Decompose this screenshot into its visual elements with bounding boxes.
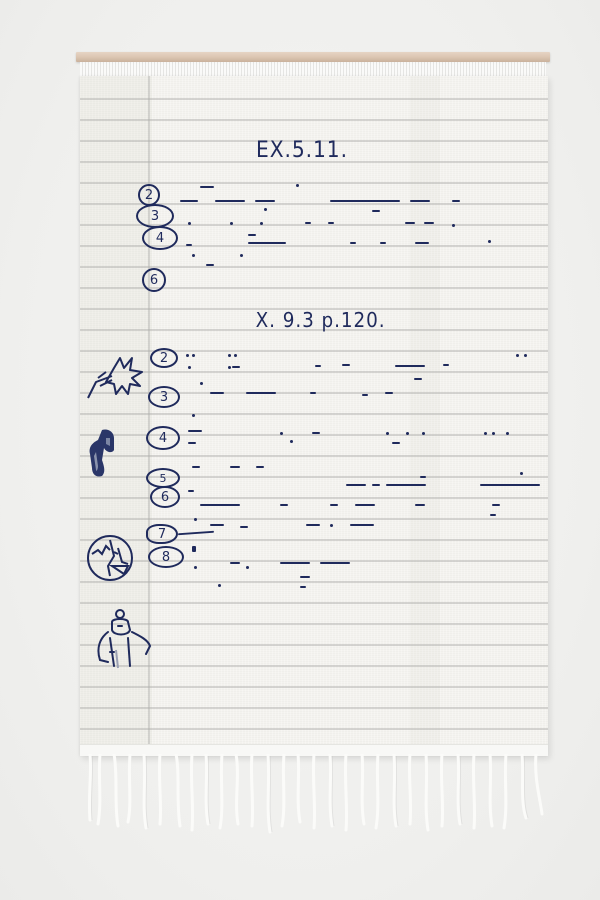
abstract-text-mark	[320, 562, 350, 564]
abstract-text-mark	[246, 392, 276, 394]
exercise-number: 7	[158, 527, 166, 542]
abstract-text-mark	[330, 524, 333, 527]
abstract-text-mark	[524, 354, 527, 357]
abstract-text-mark	[484, 432, 487, 435]
abstract-text-mark	[188, 430, 202, 432]
abstract-text-mark	[210, 392, 224, 394]
abstract-text-mark	[300, 576, 310, 578]
abstract-text-mark	[372, 484, 380, 486]
abstract-text-mark	[385, 392, 393, 394]
abstract-text-mark	[296, 184, 299, 187]
abstract-text-mark	[192, 546, 196, 552]
abstract-text-mark	[186, 354, 189, 357]
exercise-number-circle: 5	[146, 468, 180, 488]
abstract-text-mark	[488, 240, 491, 243]
abstract-text-mark	[310, 392, 316, 394]
abstract-text-mark	[386, 484, 426, 486]
abstract-text-mark	[246, 566, 249, 569]
abstract-text-mark	[420, 476, 426, 478]
ruled-line	[80, 686, 548, 688]
abstract-text-mark	[480, 484, 540, 486]
abstract-text-mark	[230, 562, 240, 564]
abstract-text-mark	[346, 484, 366, 486]
abstract-text-mark	[192, 466, 200, 468]
exercise-number-circle: 2	[138, 184, 160, 206]
exercise-number: 6	[150, 273, 158, 288]
exercise-number-circle: 7	[146, 524, 178, 544]
blue-boot-doodle	[84, 424, 120, 480]
abstract-text-mark	[264, 208, 267, 211]
cartoon-face-doodle	[84, 532, 136, 584]
abstract-text-mark	[342, 364, 350, 366]
fabric-shade-band	[410, 76, 440, 756]
exercise-number-circle: 8	[148, 546, 184, 568]
abstract-text-mark	[188, 366, 191, 369]
abstract-text-mark	[300, 586, 306, 588]
abstract-text-mark	[215, 200, 245, 202]
abstract-text-mark	[188, 490, 194, 492]
exercise-number-circle: 6	[150, 486, 180, 508]
abstract-text-mark	[392, 442, 400, 444]
abstract-text-mark	[406, 432, 409, 435]
exercise-number: 3	[160, 390, 168, 405]
abstract-text-mark	[330, 504, 338, 506]
abstract-text-mark	[228, 366, 231, 369]
woven-notebook-page: EX.5.11. 2 3 4 6 X. 9.3 p.120. 2 3 4 5 6…	[80, 76, 548, 756]
ruled-line	[80, 728, 548, 730]
exercise-number: 8	[162, 550, 170, 565]
exercise-number: 2	[145, 188, 153, 203]
abstract-text-mark	[414, 378, 422, 380]
abstract-text-mark	[350, 524, 374, 526]
abstract-text-mark	[452, 200, 460, 202]
heading-exercise-9-3-page-120: X. 9.3 p.120.	[256, 308, 386, 332]
exercise-number: 5	[160, 472, 167, 485]
abstract-text-mark	[312, 432, 320, 434]
abstract-text-mark	[230, 222, 233, 225]
exercise-number-circle: 3	[136, 204, 174, 228]
abstract-text-mark	[188, 442, 196, 444]
abstract-text-mark	[315, 365, 321, 367]
abstract-text-mark	[200, 504, 240, 506]
abstract-text-mark	[305, 222, 311, 224]
wooden-hanging-dowel	[76, 52, 550, 62]
abstract-text-mark	[350, 242, 356, 244]
abstract-text-mark	[248, 242, 286, 244]
ruled-line	[80, 119, 548, 121]
abstract-text-mark	[330, 200, 400, 202]
abstract-text-mark	[248, 234, 256, 236]
ruled-line	[80, 98, 548, 100]
spiky-sun-figure-doodle	[84, 354, 154, 410]
abstract-text-mark	[415, 504, 425, 506]
abstract-text-mark	[200, 382, 203, 385]
ruled-line	[80, 602, 548, 604]
abstract-text-mark	[405, 222, 415, 224]
abstract-text-mark	[230, 466, 240, 468]
ruled-line	[80, 707, 548, 709]
abstract-text-mark	[395, 365, 425, 367]
bottom-fringe	[84, 754, 546, 834]
abstract-text-mark	[280, 562, 310, 564]
heading-exercise-5-11: EX.5.11.	[256, 138, 348, 163]
exercise-number: 3	[151, 209, 159, 224]
abstract-text-mark	[260, 222, 263, 225]
abstract-text-mark	[290, 440, 293, 443]
abstract-text-mark	[516, 354, 519, 357]
abstract-text-mark	[188, 222, 191, 225]
abstract-text-mark	[506, 432, 509, 435]
ruled-line	[80, 455, 548, 457]
ruled-line	[80, 350, 548, 352]
abstract-text-mark	[228, 354, 231, 357]
exercise-number: 2	[160, 351, 168, 366]
abstract-text-mark	[328, 222, 334, 224]
abstract-text-mark	[194, 566, 197, 569]
exercise-number-circle: 2	[150, 348, 178, 368]
abstract-text-mark	[520, 472, 523, 475]
abstract-text-mark	[256, 466, 264, 468]
exercise-number-circle: 4	[146, 426, 180, 450]
abstract-text-mark	[424, 222, 434, 224]
abstract-text-mark	[192, 414, 195, 417]
ruled-line	[80, 581, 548, 583]
abstract-text-mark	[422, 432, 425, 435]
exercise-number-circle: 6	[142, 268, 166, 292]
abstract-text-mark	[240, 254, 243, 257]
abstract-text-mark	[206, 264, 214, 266]
abstract-text-mark	[492, 504, 500, 506]
abstract-text-mark	[192, 354, 195, 357]
abstract-text-mark	[443, 364, 449, 366]
ruled-line	[80, 413, 548, 415]
exercise-number-circle: 4	[142, 226, 178, 250]
abstract-text-mark	[410, 200, 430, 202]
abstract-text-mark	[306, 524, 320, 526]
abstract-text-mark	[280, 432, 283, 435]
abstract-text-mark	[234, 354, 237, 357]
abstract-text-mark	[240, 526, 248, 528]
abstract-text-mark	[386, 432, 389, 435]
abstract-text-mark	[186, 244, 192, 246]
ruled-line	[80, 518, 548, 520]
abstract-text-mark	[210, 524, 224, 526]
abstract-text-mark	[492, 432, 495, 435]
standing-figure-doodle	[88, 608, 168, 680]
exercise-number: 6	[161, 490, 169, 505]
abstract-text-mark	[180, 200, 198, 202]
abstract-text-mark	[200, 186, 214, 188]
exercise-number: 4	[156, 231, 164, 246]
exercise-number: 4	[159, 431, 167, 446]
abstract-text-mark	[355, 504, 375, 506]
abstract-text-mark	[280, 504, 288, 506]
abstract-text-mark	[362, 394, 368, 396]
abstract-text-mark	[218, 584, 221, 587]
abstract-text-mark	[490, 514, 496, 516]
abstract-text-mark	[415, 242, 429, 244]
abstract-text-mark	[380, 242, 386, 244]
abstract-text-mark	[232, 366, 240, 368]
abstract-text-mark	[255, 200, 275, 202]
abstract-text-mark	[192, 254, 195, 257]
abstract-text-mark	[194, 518, 197, 521]
abstract-text-mark	[452, 224, 455, 227]
abstract-text-mark	[372, 210, 380, 212]
